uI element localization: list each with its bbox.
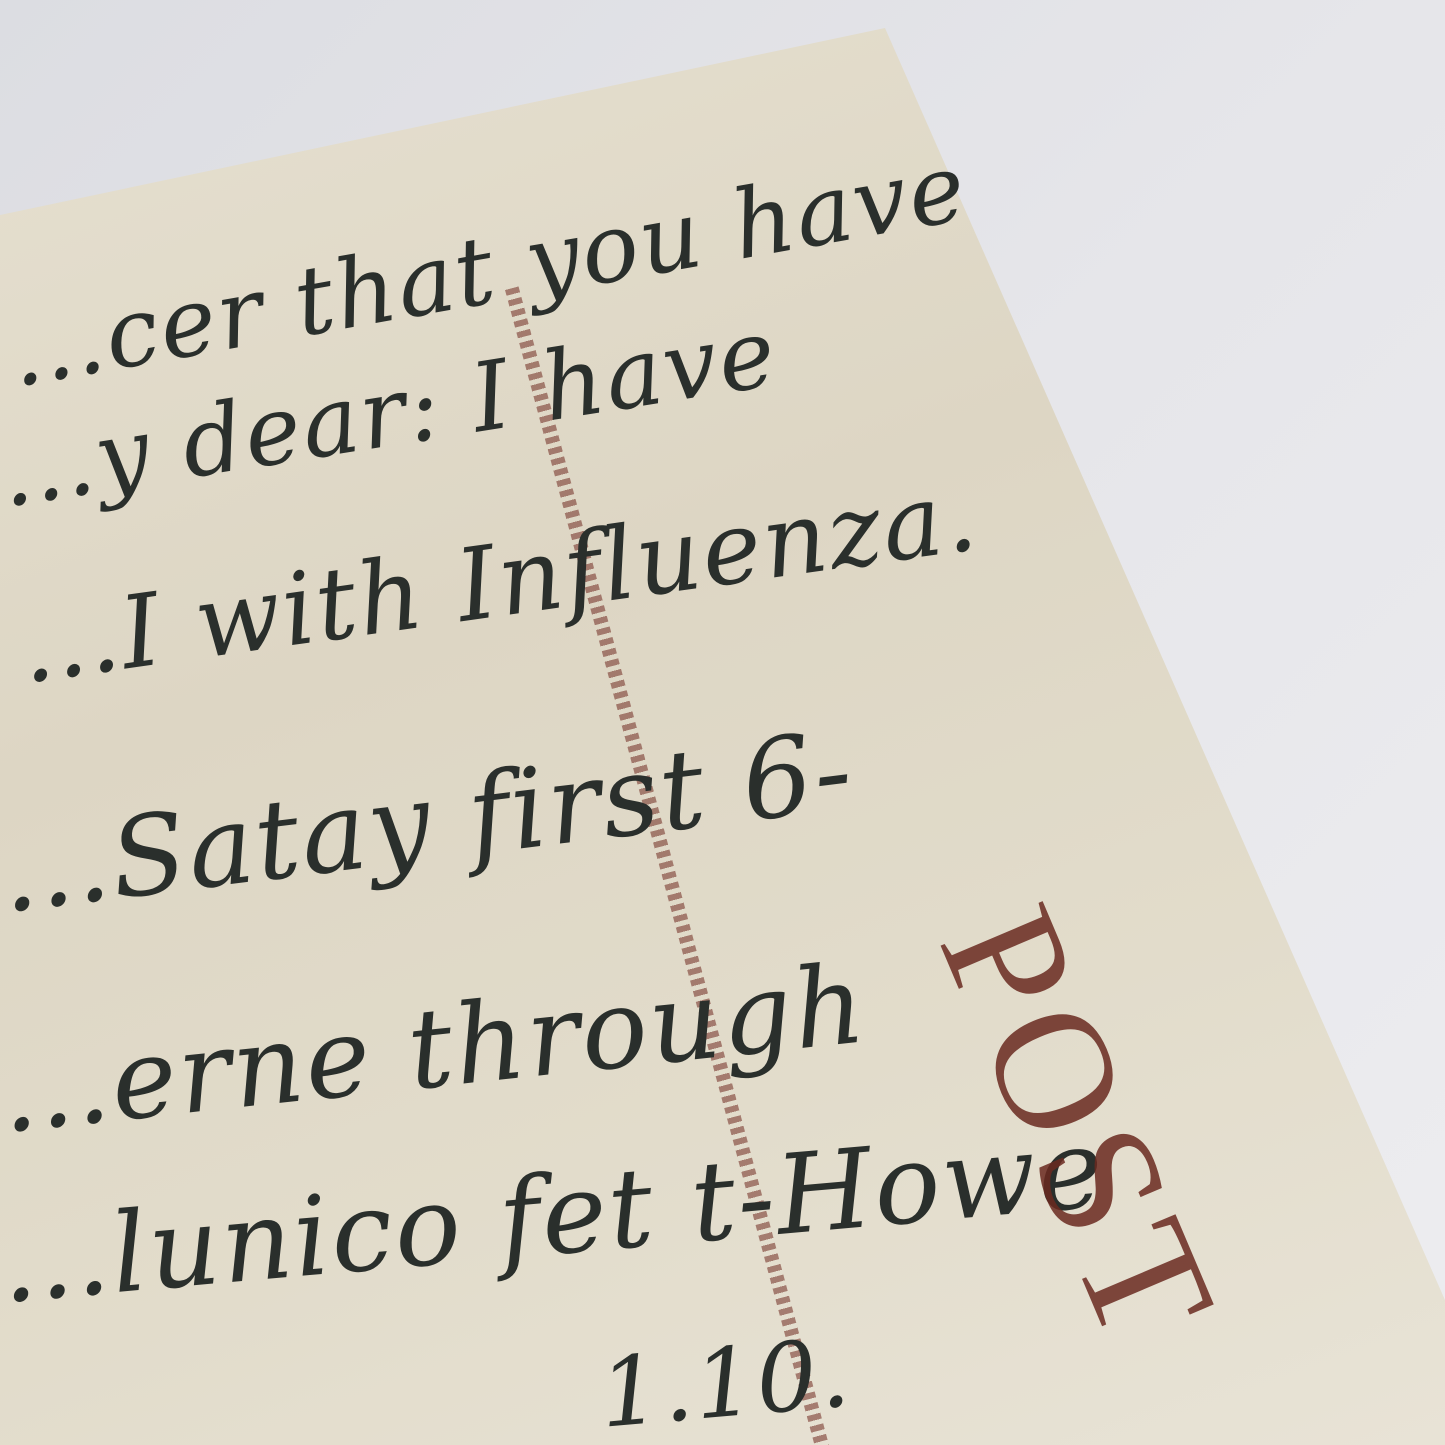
handwriting-line-7: 1.10. xyxy=(595,1318,855,1445)
